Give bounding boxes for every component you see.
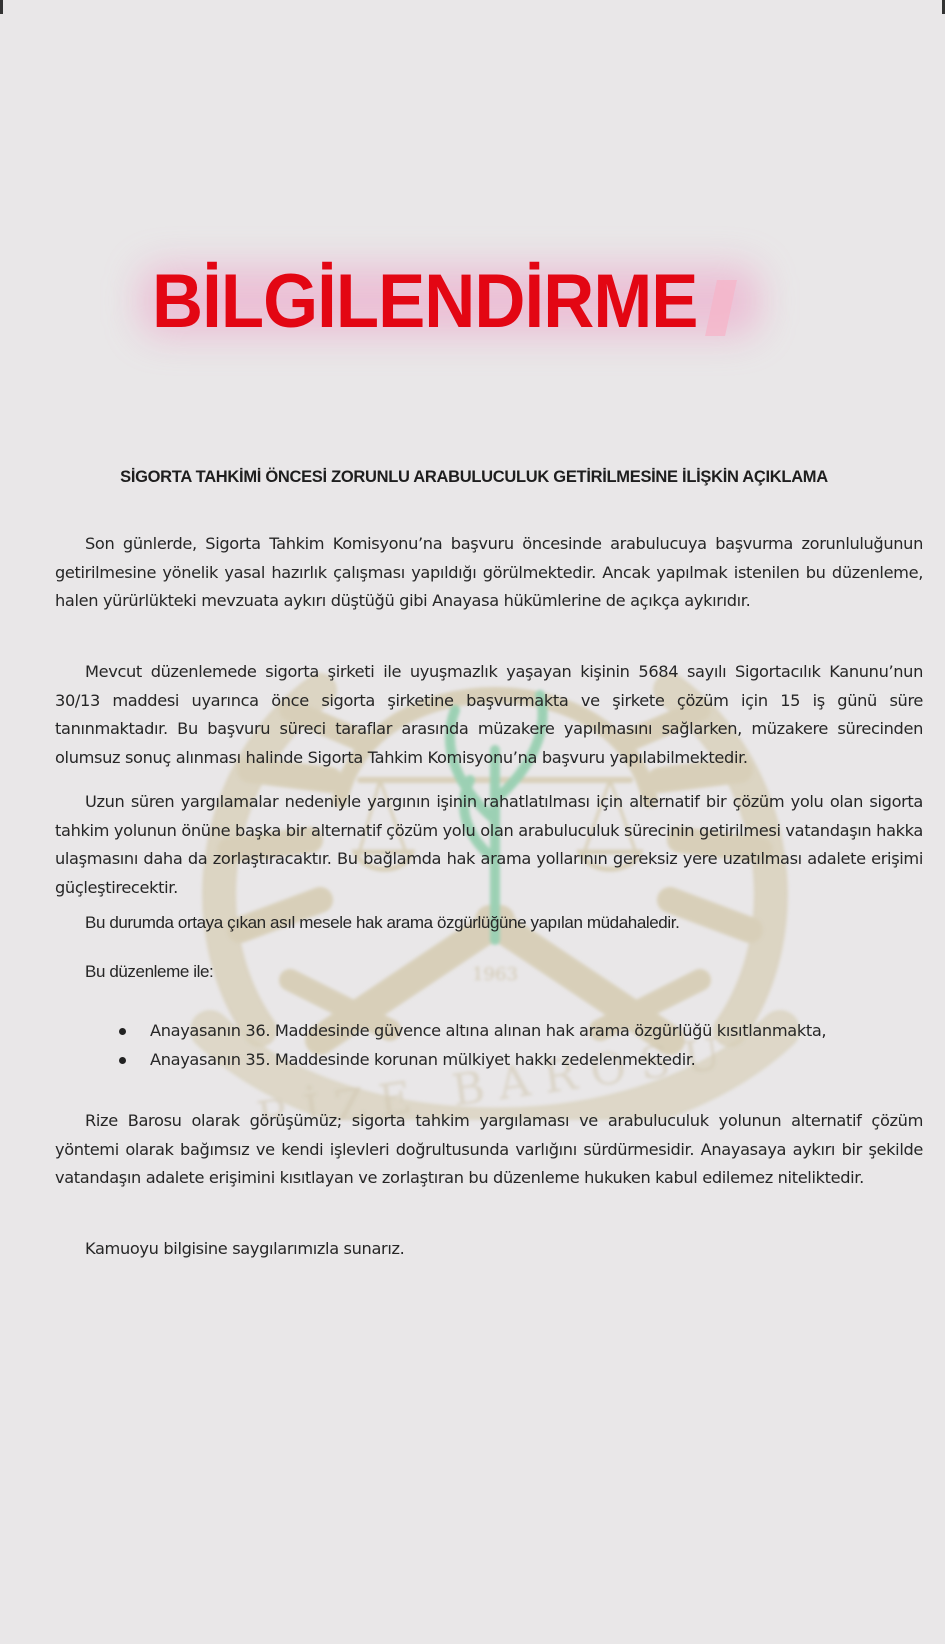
paragraph-long-trials: Uzun süren yargılamalar nedeniyle yargın…	[55, 788, 923, 902]
bullet-icon	[119, 1028, 126, 1035]
headline-banner: BİLGİLENDİRME	[130, 248, 770, 348]
document-bullets: Anayasanın 36. Maddesinde güvence altına…	[55, 1017, 923, 1074]
document-body-7: Kamuoyu bilgisine saygılarımızla sunarız…	[55, 1235, 923, 1264]
list-item: Anayasanın 35. Maddesinde korunan mülkiy…	[55, 1046, 923, 1075]
document-title: SİGORTA TAHKİMİ ÖNCESİ ZORUNLU ARABULUCU…	[66, 468, 882, 487]
bullet-text: Anayasanın 35. Maddesinde korunan mülkiy…	[150, 1050, 695, 1069]
story-page: 1963 RİZE BAROSU BİLGİLENDİRME SİGORTA T…	[0, 0, 945, 1644]
document-body-5: Bu düzenleme ile:	[55, 958, 923, 987]
headline-title: BİLGİLENDİRME	[152, 264, 697, 340]
document-body: Son günlerde, Sigorta Tahkim Komisyonu’n…	[55, 530, 923, 616]
paragraph-main-issue: Bu durumda ortaya çıkan asıl mesele hak …	[55, 909, 923, 938]
list-item: Anayasanın 36. Maddesinde güvence altına…	[55, 1017, 923, 1046]
frame-corner-top-left	[0, 0, 3, 14]
paragraph-with-this-regulation: Bu düzenleme ile:	[55, 958, 923, 987]
document-body-3: Uzun süren yargılamalar nedeniyle yargın…	[55, 788, 923, 902]
paragraph-bar-opinion: Rize Barosu olarak görüşümüz; sigorta ta…	[55, 1107, 923, 1193]
document-body-2: Mevcut düzenlemede sigorta şirketi ile u…	[55, 658, 923, 772]
violations-list: Anayasanın 36. Maddesinde güvence altına…	[55, 1017, 923, 1074]
bullet-icon	[119, 1057, 126, 1064]
paragraph-current-regulation: Mevcut düzenlemede sigorta şirketi ile u…	[55, 658, 923, 772]
paragraph-intro: Son günlerde, Sigorta Tahkim Komisyonu’n…	[55, 530, 923, 616]
bullet-text: Anayasanın 36. Maddesinde güvence altına…	[150, 1021, 826, 1040]
signoff-text: Kamuoyu bilgisine saygılarımızla sunarız…	[55, 1235, 923, 1264]
document-body-4: Bu durumda ortaya çıkan asıl mesele hak …	[55, 909, 923, 938]
document-body-6: Rize Barosu olarak görüşümüz; sigorta ta…	[55, 1107, 923, 1193]
